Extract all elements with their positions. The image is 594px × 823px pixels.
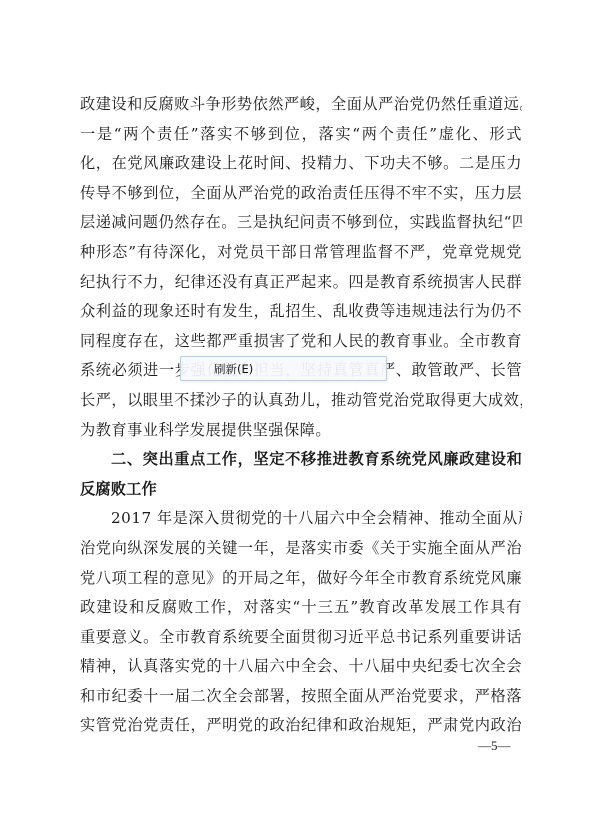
text-line: 重要意义。全市教育系统要全面贯彻习近平总书记系列重要讲话 [80,623,522,653]
text-line: 政建设和反腐败工作，对落实“十三五”教育改革发展工作具有 [80,593,522,623]
text-line: 长严，以眼里不揉沙子的认真劲儿，推动管党治党取得更大成效， [80,386,522,416]
context-menu-item-refresh[interactable]: 刷新(E) [181,357,386,380]
text-line: 治党向纵深发展的关键一年，是落实市委《关于实施全面从严治 [80,534,522,564]
text-line: 化，在党风廉政建设上花时间、投精力、下功夫不够。二是压力 [80,149,522,179]
section-heading: 二、突出重点工作，坚定不移推进教育系统党风廉政建设和 [80,445,522,475]
context-menu-item-label: 刷新(E) [214,361,253,377]
text-line: 传导不够到位，全面从严治党的政治责任压得不牢不实，压力层 [80,179,522,209]
section-heading-continued: 反腐败工作 [80,475,522,505]
text-line: 层递减问题仍然存在。三是执纪问责不够到位，实践监督执纪“四 [80,208,522,238]
text-line: 纪执行不力，纪律还没有真正严起来。四是教育系统损害人民群 [80,268,522,298]
text-line: 同程度存在，这些都严重损害了党和人民的教育事业。全市教育 [80,327,522,357]
text-line: 一是“两个责任”落实不够到位，落实“两个责任”虚化、形式 [80,120,522,150]
text-line: 众利益的现象还时有发生，乱招生、乱收费等违规违法行为仍不 [80,297,522,327]
text-line: 精神，认真落实党的十八届六中全会、十八届中央纪委七次全会 [80,652,522,682]
text-line: 2017 年是深入贯彻党的十八届六中全会精神、推动全面从严 [80,504,522,534]
text-line: 实管党治党责任，严明党的政治纪律和政治规矩，严肃党内政治 [80,711,522,741]
document-body: 政建设和反腐败斗争形势依然严峻，全面从严治党仍然任重道远。 一是“两个责任”落实… [80,90,522,741]
page-number: —5— [478,738,511,754]
text-line: 种形态”有待深化，对党员干部日常管理监督不严，党章党规党 [80,238,522,268]
text-line: 为教育事业科学发展提供坚强保障。 [80,416,522,446]
text-line: 党八项工程的意见》的开局之年，做好今年全市教育系统党风廉 [80,564,522,594]
text-line: 和市纪委十一届二次全会部署，按照全面从严治党要求，严格落 [80,682,522,712]
context-menu: 刷新(E) [180,356,387,381]
text-line: 政建设和反腐败斗争形势依然严峻，全面从严治党仍然任重道远。 [80,90,522,120]
document-page: 政建设和反腐败斗争形势依然严峻，全面从严治党仍然任重道远。 一是“两个责任”落实… [0,0,594,823]
